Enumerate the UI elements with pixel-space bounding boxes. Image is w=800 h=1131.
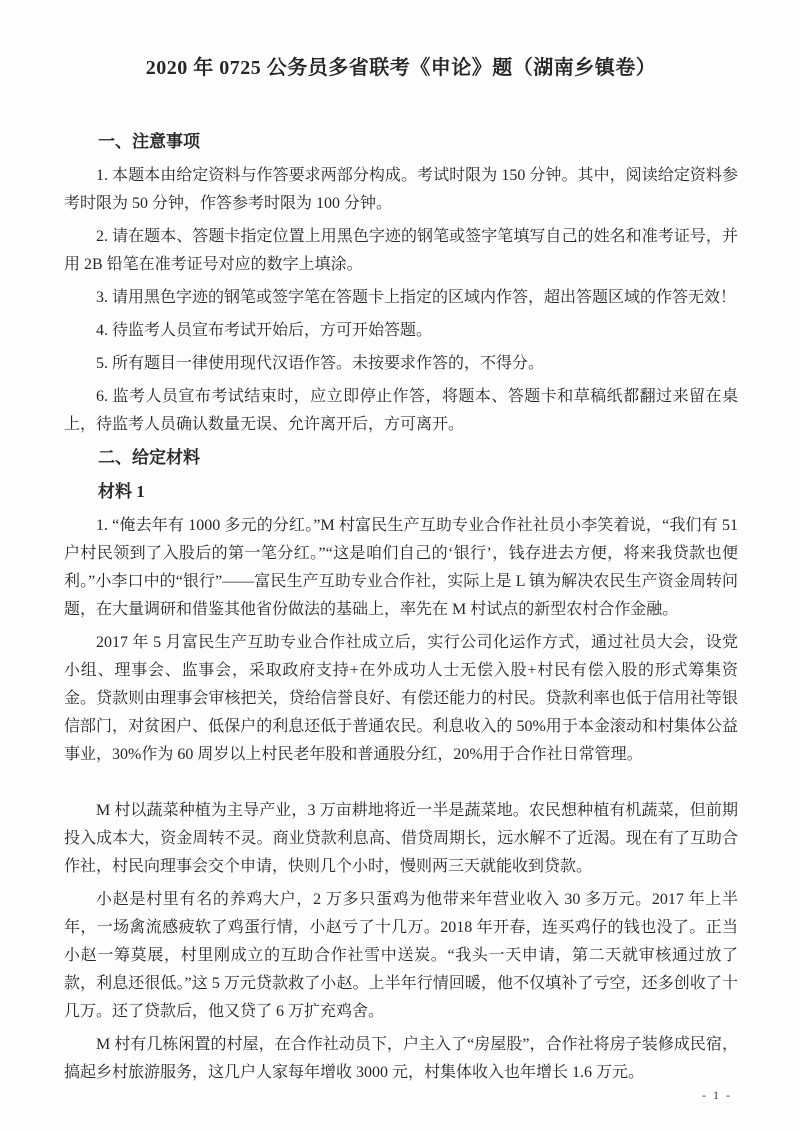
document-title: 2020 年 0725 公务员多省联考《申论》题（湖南乡镇卷） [64, 54, 738, 82]
notice-item-6: 6. 监考人员宣布考试结束时，应立即停止作答，将题本、答题卡和草稿纸都翻过来留在… [64, 383, 738, 439]
notice-item-5: 5. 所有题目一律使用现代汉语作答。未按要求作答的，不得分。 [64, 350, 738, 378]
notice-item-3: 3. 请用黑色字迹的钢笔或签字笔在答题卡上指定的区域内作答，超出答题区域的作答无… [64, 284, 738, 312]
document-page: 2020 年 0725 公务员多省联考《申论》题（湖南乡镇卷） 一、注意事项 1… [0, 0, 800, 1131]
section-heading-notice: 一、注意事项 [64, 128, 738, 156]
material-paragraph-3: M 村以蔬菜种植为主导产业，3 万亩耕地将近一半是蔬菜地。农民想种植有机蔬菜，但… [64, 797, 738, 881]
page-number: - 1 - [702, 1088, 732, 1103]
notice-item-4: 4. 待监考人员宣布考试开始后，方可开始答题。 [64, 317, 738, 345]
material-paragraph-1: 1. “俺去年有 1000 多元的分红。”M 村富民生产互助专业合作社社员小李笑… [64, 512, 738, 624]
material-paragraph-5: M 村有几栋闲置的村屋，在合作社动员下，户主入了“房屋股”，合作社将房子装修成民… [64, 1031, 738, 1087]
material-paragraph-4: 小赵是村里有名的养鸡大户，2 万多只蛋鸡为他带来年营业收入 30 多万元。201… [64, 886, 738, 1026]
material-paragraph-2: 2017 年 5 月富民生产互助专业合作社成立后，实行公司化运作方式，通过社员大… [64, 629, 738, 769]
material-1-heading: 材料 1 [64, 478, 738, 506]
notice-item-1: 1. 本题本由给定资料与作答要求两部分构成。考试时限为 150 分钟。其中，阅读… [64, 162, 738, 218]
section-heading-materials: 二、给定材料 [64, 444, 738, 472]
notice-item-2: 2. 请在题本、答题卡指定位置上用黑色字迹的钢笔或签字笔填写自己的姓名和准考证号… [64, 223, 738, 279]
document-content: 2020 年 0725 公务员多省联考《申论》题（湖南乡镇卷） 一、注意事项 1… [0, 0, 800, 1087]
